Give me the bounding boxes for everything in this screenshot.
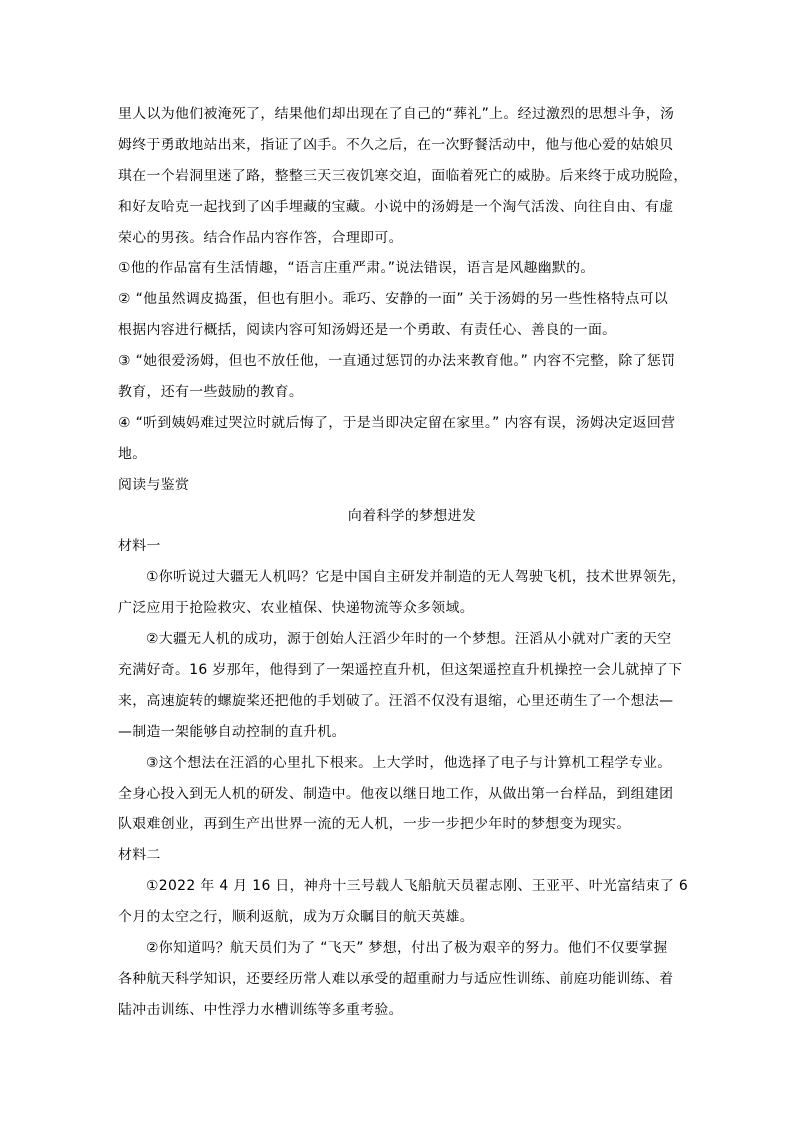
- material-2: 材料二 ①2022 年 4 月 16 日，神舟十三号载人飞船航天员翟志刚、王亚平…: [118, 840, 678, 1025]
- material-label: 材料二: [118, 840, 678, 871]
- text-line: 里人以为他们被淹死了，结果他们却出现在了自己的“葬礼”上。经过激烈的思想斗争，汤: [118, 99, 678, 130]
- paragraph: ①2022 年 4 月 16 日，神舟十三号载人飞船航天员翟志刚、王亚平、叶光富…: [118, 871, 678, 933]
- text-line: ④ “听到姨妈难过哭泣时就后悔了，于是当即决定留在家里。” 内容有误，汤姆决定返…: [118, 408, 678, 439]
- text-line: 全身心投入到无人机的研发、制造中。他夜以继日地工作，从做出第一台样品，到组建团: [118, 779, 678, 810]
- paragraph: ③这个想法在汪滔的心里扎下根来。上大学时，他选择了电子与计算机工程学专业。 全身…: [118, 748, 678, 841]
- text-line: ①你听说过大疆无人机吗？它是中国自主研发并制造的无人驾驶飞机，技术世界领先，: [118, 562, 678, 593]
- text-line: ①2022 年 4 月 16 日，神舟十三号载人飞船航天员翟志刚、王亚平、叶光富…: [118, 871, 678, 902]
- text-line: 姆终于勇敢地站出来，指证了凶手。不久之后，在一次野餐活动中，他与他心爱的姑娘贝: [118, 130, 678, 161]
- text-line: ③这个想法在汪滔的心里扎下根来。上大学时，他选择了电子与计算机工程学专业。: [118, 748, 678, 779]
- article-title: 向着科学的梦想进发: [118, 501, 678, 532]
- text-line: 荣心的男孩。结合作品内容作答，合理即可。: [118, 223, 678, 254]
- text-line: ①他的作品富有生活情趣，“语言庄重严肃。”说法错误，语言是风趣幽默的。: [118, 253, 678, 284]
- document-page: 里人以为他们被淹死了，结果他们却出现在了自己的“葬礼”上。经过激烈的思想斗争，汤…: [118, 99, 678, 1026]
- text-line: ②你知道吗？航天员们为了 “飞天” 梦想，付出了极为艰辛的努力。他们不仅要掌握: [118, 933, 678, 964]
- material-1: 材料一 ①你听说过大疆无人机吗？它是中国自主研发并制造的无人驾驶飞机，技术世界领…: [118, 531, 678, 840]
- text-line: 教育，还有一些鼓励的教育。: [118, 377, 678, 408]
- text-line: 根据内容进行概括，阅读内容可知汤姆还是一个勇敢、有责任心、善良的一面。: [118, 315, 678, 346]
- answer-item-2: ② “他虽然调皮捣蛋，但也有胆小。乖巧、安静的一面” 关于汤姆的另一些性格特点可…: [118, 284, 678, 346]
- answer-item-3: ③ “她很爱汤姆，但也不放任他，一直通过惩罚的办法来教育他。” 内容不完整，除了…: [118, 346, 678, 408]
- paragraph: ①你听说过大疆无人机吗？它是中国自主研发并制造的无人驾驶飞机，技术世界领先， 广…: [118, 562, 678, 624]
- text-line: —制造一架能够自动控制的直升机。: [118, 717, 678, 748]
- reading-section: 阅读与鉴赏 向着科学的梦想进发 材料一 ①你听说过大疆无人机吗？它是中国自主研发…: [118, 470, 678, 1026]
- section-label: 阅读与鉴赏: [118, 470, 678, 501]
- answer-item-4: ④ “听到姨妈难过哭泣时就后悔了，于是当即决定留在家里。” 内容有误，汤姆决定返…: [118, 408, 678, 470]
- text-line: 地。: [118, 439, 678, 470]
- text-line: ②大疆无人机的成功，源于创始人汪滔少年时的一个梦想。汪滔从小就对广袤的天空: [118, 624, 678, 655]
- text-line: 个月的太空之行，顺利返航，成为万众瞩目的航天英雄。: [118, 902, 678, 933]
- text-line: 陆冲击训练、中性浮力水槽训练等多重考验。: [118, 995, 678, 1026]
- text-line: 充满好奇。16 岁那年，他得到了一架遥控直升机，但这架遥控直升机操控一会儿就掉了…: [118, 655, 678, 686]
- material-label: 材料一: [118, 531, 678, 562]
- paragraph: ②大疆无人机的成功，源于创始人汪滔少年时的一个梦想。汪滔从小就对广袤的天空 充满…: [118, 624, 678, 748]
- text-line: 广泛应用于抢险救灾、农业植保、快递物流等众多领域。: [118, 593, 678, 624]
- text-line: 各种航天科学知识，还要经历常人难以承受的超重耐力与适应性训练、前庭功能训练、着: [118, 964, 678, 995]
- text-line: 来，高速旋转的螺旋桨还把他的手划破了。汪滔不仅没有退缩，心里还萌生了一个想法—: [118, 686, 678, 717]
- paragraph: ②你知道吗？航天员们为了 “飞天” 梦想，付出了极为艰辛的努力。他们不仅要掌握 …: [118, 933, 678, 1026]
- text-line: 琪在一个岩洞里迷了路，整整三天三夜饥寒交迫，面临着死亡的威胁。后来终于成功脱险，: [118, 161, 678, 192]
- text-line: 队艰难创业，再到生产出世界一流的无人机，一步一步把少年时的梦想变为现实。: [118, 809, 678, 840]
- text-line: ② “他虽然调皮捣蛋，但也有胆小。乖巧、安静的一面” 关于汤姆的另一些性格特点可…: [118, 284, 678, 315]
- text-line: ③ “她很爱汤姆，但也不放任他，一直通过惩罚的办法来教育他。” 内容不完整，除了…: [118, 346, 678, 377]
- answer-explanation: 里人以为他们被淹死了，结果他们却出现在了自己的“葬礼”上。经过激烈的思想斗争，汤…: [118, 99, 678, 470]
- answer-item-1: ①他的作品富有生活情趣，“语言庄重严肃。”说法错误，语言是风趣幽默的。: [118, 253, 678, 284]
- text-line: 和好友哈克一起找到了凶手埋藏的宝藏。小说中的汤姆是一个淘气活泼、向往自由、有虚: [118, 192, 678, 223]
